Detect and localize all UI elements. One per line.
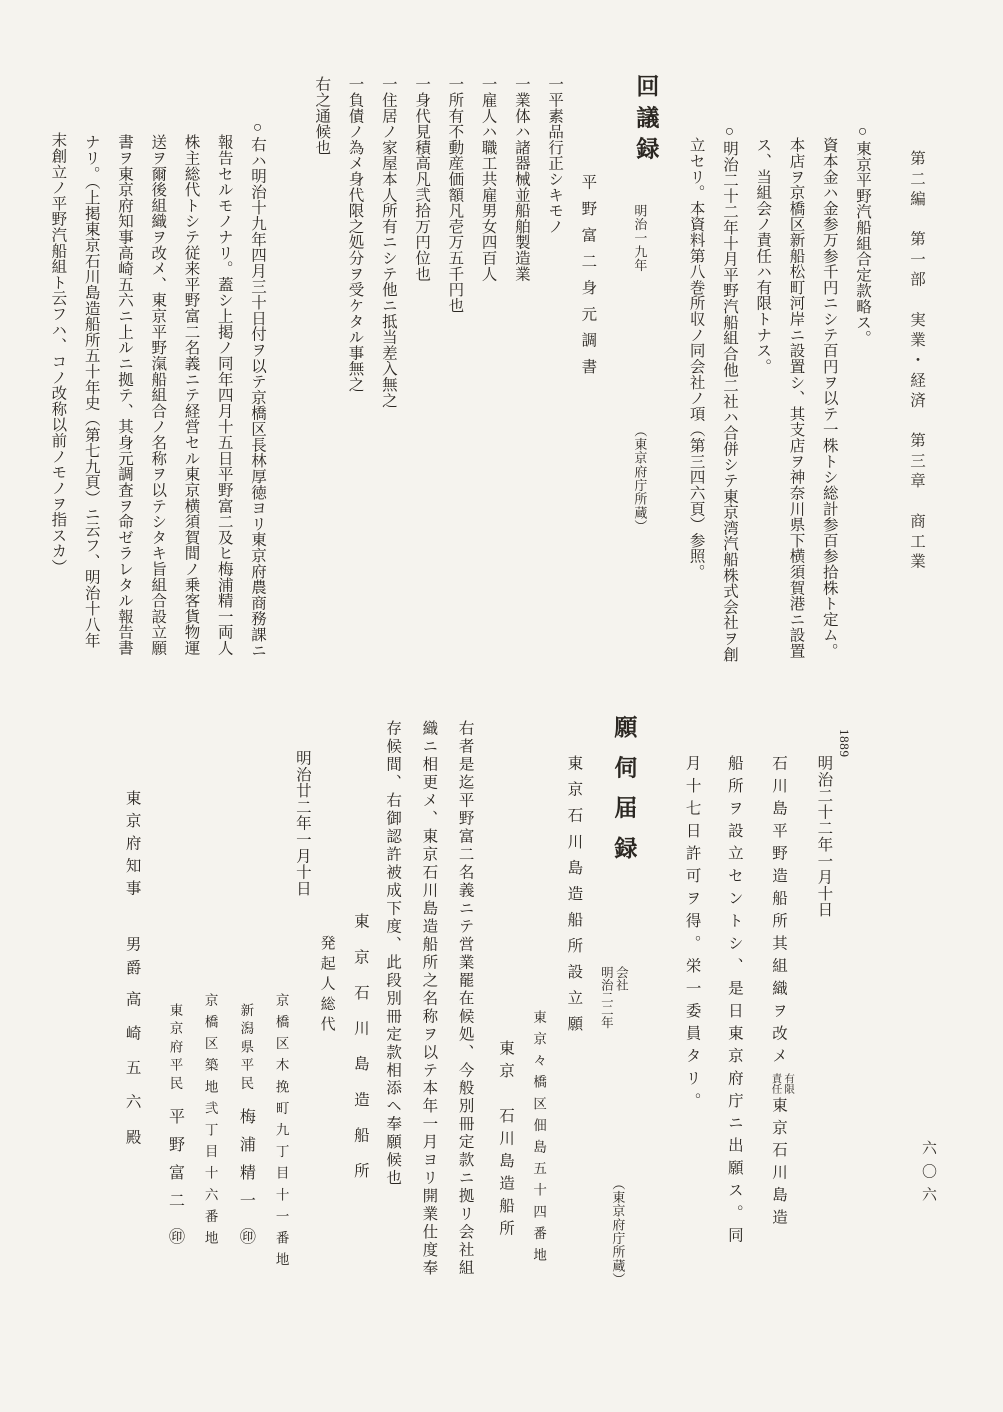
intro-col-5: ○明治二十二年十月平野汽船組合他二社ハ合併シテ東京湾汽船株式会社ヲ創 [721,72,737,672]
section-kaigiroku: ○東京平野汽船組合定款略ス。 資本金ハ金参万参千円ニシテ百円ヲ以テ一株トシ総計参… [32,72,870,672]
doc-title: 平野富二身元調書 [579,72,595,672]
narrative-col-2: 船所ヲ設立セントシ、是日東京府庁ニ出願ス。同 [726,715,742,1305]
warichu-left: 責任 [769,1073,782,1094]
signer-2-address: 京橋区築地弐丁目十六番地 [202,715,216,1305]
heading-category-year: 会社明治二二年 [598,966,628,1029]
petition-date: 明治廿二年一月十日 [294,715,310,1305]
note-col-5: 書ヲ東京府知事高崎五六ニ上ルニ拠テ、其身元調査ヲ命ゼラレタル報告書 [116,72,132,672]
addressee-honorific: 殿 [123,1129,139,1145]
addressee-name: 高崎五六 [123,991,139,1127]
western-year: 1889 [837,715,851,1305]
signer-2-seal-icon: ㊞ [166,1228,183,1244]
narrative-col-1-post: 東京石川島造 [770,1097,787,1232]
petition-title: 東京石川島造船所設立願 [565,715,581,1305]
petition-body-col-1: 右者是迄平野富二名義ニテ営業罷在候処、今般別冊定款ニ拠リ会社組 [456,715,472,1305]
item-col-5: 一身代見積高凡弐拾万円位也 [413,72,429,672]
section-ganshitodokeroku: 1889 明治二十二年一月十日 石川島平野造船所其組織ヲ改メ有限責任東京石川島造… [106,715,851,1305]
intro-col-3: 本店ヲ京橋区新船松町河岸ニ設置シ、其支店ヲ神奈川県下横須賀港ニ設置 [787,72,803,672]
petition-body-col-2: 織ニ相更メ、東京石川島造船所之名称ヲ以テ本年一月ヨリ開業仕度奉 [420,715,436,1305]
scanned-book-page: 第二編 第一部 実業・経済 第三章 商工業 六〇六 ○東京平野汽船組合定款略ス。… [0,0,1003,1412]
note-col-3: 株主総代トシテ従来平野富二名義ニテ経営セル東京横須賀間ノ乗客貨物運 [182,72,198,672]
kaigiroku-source: （東京府庁所蔵） [633,424,647,533]
entry-date: 明治二十二年一月十日 [815,715,831,1305]
signer-1-address: 京橋区木挽町九丁目十一番地 [273,715,287,1305]
company-address: 東京々橋区佃島五十四番地 [531,715,545,1305]
item-col-4: 一所有不動産価額凡壱万五千円也 [446,72,462,672]
ganshitodokeroku-title: 願伺届録 [611,715,635,876]
ganshitodokeroku-source: （東京府庁所蔵） [611,1177,625,1286]
note-col-4: 送ヲ爾後組織ヲ改メ、東京平野滊船組合ノ名称ヲ以テシタキ旨組合設立願 [149,72,165,672]
addressee-title: 東京府知事 [123,790,139,902]
note-col-1: ○右ハ明治十九年四月三十日付ヲ以テ京橋区長林厚徳ヨリ東京府農商務課ニ [249,72,265,672]
company-name: 東京 石川島造船所 [497,715,513,1305]
signer-2-origin: 東京府平民 [167,1003,181,1094]
running-head: 第二編 第一部 実業・経済 第三章 商工業 [905,150,927,573]
narrative-col-3: 月十七日許可ヲ得。栄一委員タリ。 [683,715,699,1305]
signer-1-seal-icon: ㊞ [237,1228,254,1244]
addressee: 東京府知事男爵高崎五六殿 [123,715,139,1305]
signature-company: 東京石川島造船所 [352,715,368,1305]
petition-body-col-3: 存候間、右御認許被成下度、此段別冊定款相添ヘ奉願候也 [384,715,400,1305]
addressee-rank: 男爵 [123,936,139,983]
note-col-6: ナリ。（上掲東京石川島造船所五十年史（第七九頁）ニ云フ、明治十八年 [82,72,98,672]
item-col-1: 一平素品行正シキモノ [546,72,562,672]
item-col-6: 一住居ノ家屋本人所有ニシテ他ニ抵当差入無之 [380,72,396,672]
page-number: 六〇六 [918,1140,939,1210]
narrative-col-1: 石川島平野造船所其組織ヲ改メ有限責任東京石川島造 [768,715,795,1305]
item-col-2: 一業体ハ諸器械並船舶製造業 [513,72,529,672]
kaigiroku-heading-column: 回議録 明治一九年 （東京府庁所蔵） [619,72,657,672]
heading-year: 明治二二年 [598,966,613,1029]
note-col-7: 末創立ノ平野汽船組ト云フハ、コノ改称以前ノモノヲ指スカ） [49,72,65,672]
intro-col-6: 立セリ。本資料第八巻所収ノ同会社ノ項（第三四六頁）参照。 [687,72,703,672]
intro-col-2: 資本金ハ金参万参千円ニシテ百円ヲ以テ一株トシ総計参百参拾株ト定ム。 [820,72,836,672]
kaigiroku-title: 回議録 [633,74,657,167]
signer-1-origin: 新潟県平民 [238,1003,252,1094]
limited-liability-warichu: 有限責任 [769,1073,794,1094]
signer-2-name: 平野富二 [166,1108,183,1220]
signature-role: 発起人総代 [318,715,334,1305]
heading-category: 会社 [613,966,628,1029]
signer-1-name: 梅浦精一 [237,1108,254,1220]
warichu-right: 有限 [782,1073,795,1094]
ganshitodokeroku-heading-column: 願伺届録 会社明治二二年 （東京府庁所蔵） [597,715,635,1305]
kaigiroku-year: 明治一九年 [633,204,647,272]
signer-1: 新潟県平民梅浦精一㊞ [237,715,254,1305]
intro-col-1: ○東京平野汽船組合定款略ス。 [854,72,870,672]
signer-2: 東京府平民平野富二㊞ [166,715,183,1305]
narrative-col-1-pre: 石川島平野造船所其組織ヲ改メ [770,755,787,1070]
intro-col-4: ス、当組会ノ責任ハ有限トナス。 [754,72,770,672]
item-col-7: 一負債ノ為メ身代限之処分ヲ受ケタル事無之 [346,72,362,672]
item-col-8: 右之通候也 [313,72,329,672]
note-col-2: 報告セルモノナリ。蓋シ上掲ノ同年四月十五日平野富二及ヒ梅浦精一両人 [215,72,231,672]
item-col-3: 一雇人ハ職工共雇男女四百人 [479,72,495,672]
